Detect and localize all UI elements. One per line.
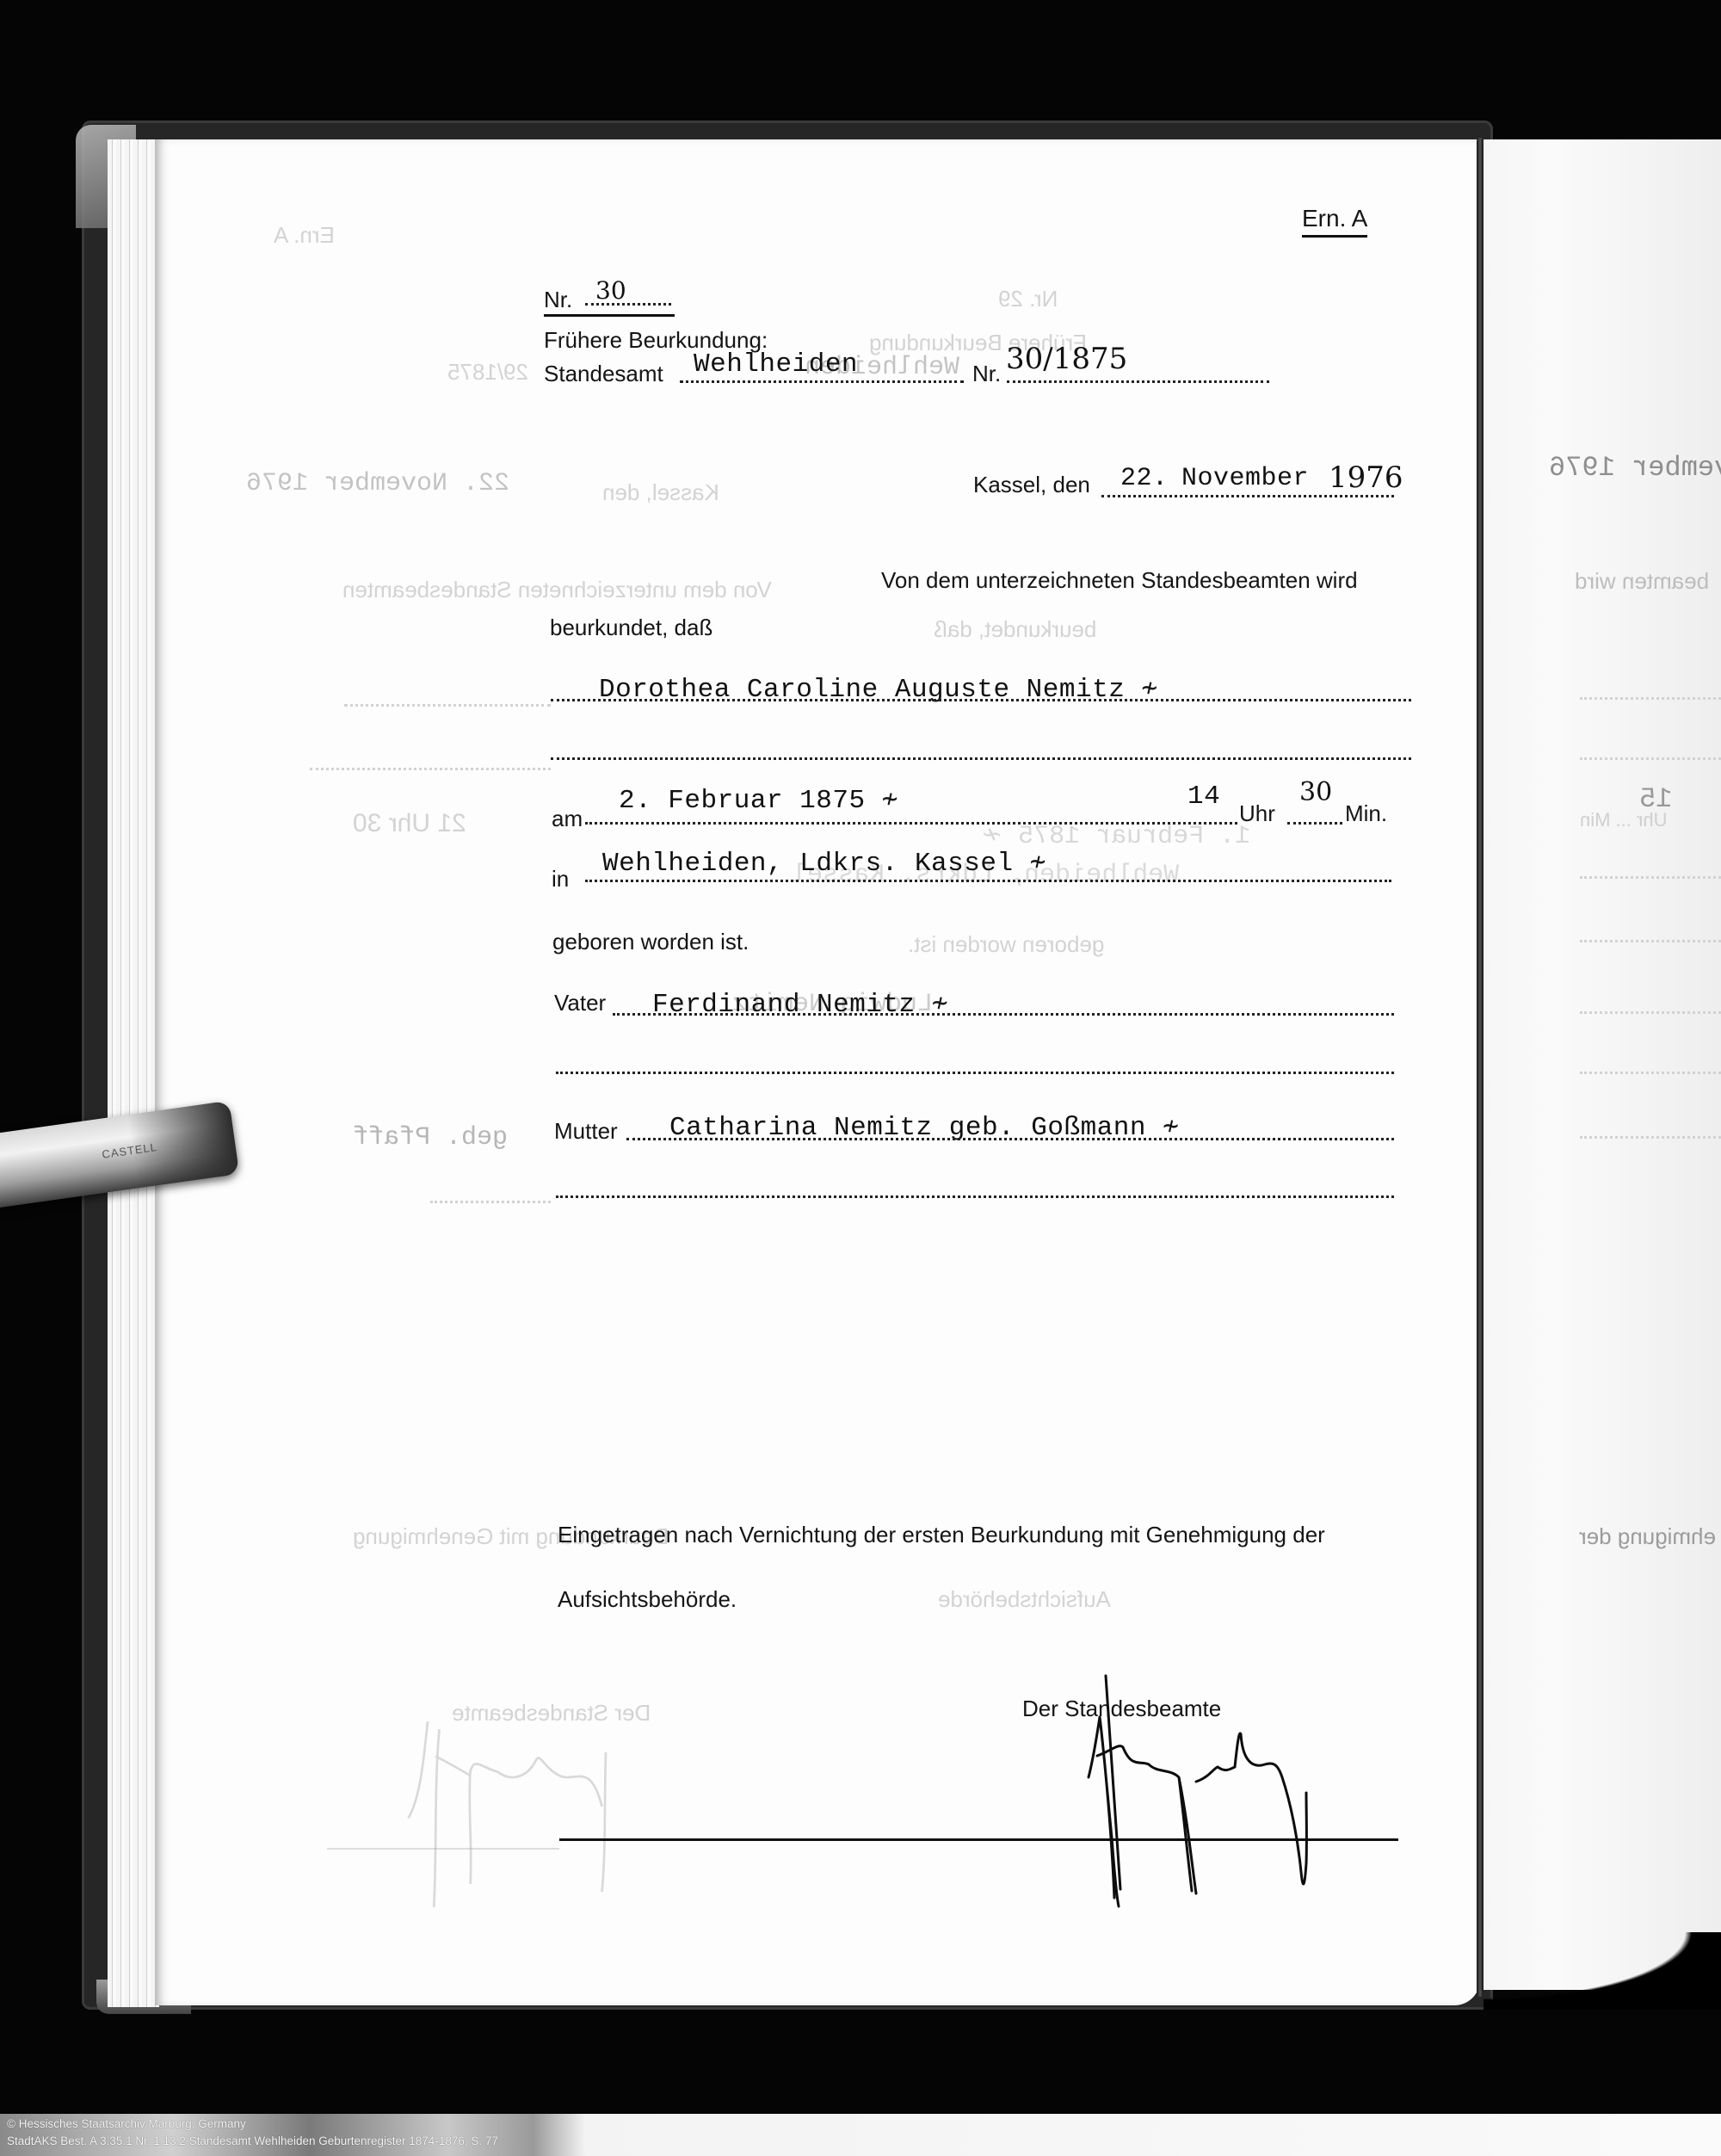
statement-line-1: Von dem unterzeichneten Standesbeamten w… (881, 569, 1358, 591)
ghost-aufsicht: Aufsichtsbehörde (938, 1586, 1111, 1613)
note-line-2: Aufsichtsbehörde. (558, 1588, 737, 1610)
birth-date-dots (585, 822, 1237, 825)
record-date-day: 22. (1120, 466, 1169, 491)
registry-office-dots (680, 380, 964, 383)
ghost-dots (344, 704, 551, 707)
registry-office-value: Wehlheiden (694, 351, 858, 378)
father-name-dots (613, 1013, 1394, 1016)
facing-ghost-dots (1580, 940, 1721, 942)
book-gutter (1477, 138, 1484, 1997)
facing-ghost-min: Uhr ... Min (1580, 809, 1667, 831)
born-statement: geboren worden ist. (552, 930, 749, 953)
page-edges (108, 139, 159, 2007)
ghost-date: 22. November 1976 (246, 469, 509, 498)
birth-minute-dots (1287, 822, 1342, 825)
birth-date-value: 2. Februar 1875 ≁ (619, 788, 898, 814)
facing-ghost-dots (1580, 697, 1721, 700)
birth-hour-value: 14 (1187, 783, 1220, 810)
ghost-ern: Ern. A (274, 222, 335, 249)
mother-name-dots (626, 1138, 1394, 1140)
facing-ghost-dots (1580, 1136, 1721, 1139)
record-date-month: November (1181, 466, 1309, 491)
ghost-geboren: geboren worden ist. (908, 931, 1104, 958)
facing-page-shadow (1484, 1932, 1721, 2010)
birth-date-label: am (552, 807, 583, 830)
registry-office-label: Standesamt (544, 362, 663, 385)
facing-ghost-date: vember 1976 (1549, 452, 1721, 484)
registrar-signature (1058, 1665, 1317, 1924)
previous-record-label: Frühere Beurkundung: (544, 329, 768, 351)
ghost-nr: Nr. 29 (998, 286, 1058, 312)
previous-number-value: 30/1875 (1006, 344, 1127, 374)
ghost-dots (430, 1201, 551, 1203)
pencil-brand: CASTELL (101, 1140, 157, 1161)
form-code: Ern. A (1302, 207, 1367, 238)
copyright-line: © Hessisches Staatsarchiv Marburg, Germa… (7, 2117, 246, 2130)
mother-dots-2 (556, 1195, 1394, 1198)
minute-label: Min. (1345, 802, 1387, 825)
child-name-dots-2 (551, 757, 1411, 760)
source-reference-line: StadtAKS Best. A 3.35.1 Nr. 1.13.2 Stand… (7, 2134, 498, 2147)
birth-place-label: in (552, 868, 569, 890)
birth-place-dots (585, 880, 1391, 882)
facing-ghost-note: ehmigung der (1579, 1523, 1716, 1550)
facing-ghost-dots (1580, 757, 1721, 760)
entry-number-value: 30 (595, 279, 626, 303)
previous-number-dots (1007, 380, 1269, 383)
ghost-dots (310, 768, 551, 770)
facing-ghost-dots (1580, 876, 1721, 879)
father-label: Vater (554, 992, 606, 1014)
previous-number-label: Nr. (972, 362, 1001, 385)
ghost-von: Von dem unterzeichneten Standesbeamten (342, 577, 772, 603)
record-date-year: 1976 (1329, 463, 1403, 492)
entry-number-label: Nr. (544, 288, 572, 311)
place-date-label: Kassel, den (973, 473, 1090, 496)
statement-line-2: beurkundet, daß (550, 616, 712, 639)
ghost-beurkundet: beurkundet, daß (934, 616, 1096, 643)
ghost-time: 21 Uhr 30 (353, 809, 466, 838)
hour-label: Uhr (1239, 802, 1275, 825)
facing-ghost-dots (1580, 1072, 1721, 1074)
facing-page (1484, 139, 1721, 1990)
entry-number-dots (585, 303, 671, 306)
entry-number-underline (544, 314, 675, 317)
ghost-signature (404, 1674, 637, 1924)
father-dots-2 (556, 1072, 1394, 1074)
birth-minute-value: 30 (1299, 780, 1332, 806)
record-date-dots (1101, 495, 1394, 497)
birth-place-value: Wehlheiden, Ldkrs. Kassel ≁ (602, 850, 1046, 877)
note-line-1: Eingetragen nach Vernichtung der ersten … (558, 1523, 1325, 1546)
facing-ghost-dots (1580, 1011, 1721, 1014)
archive-caption: © Hessisches Staatsarchiv Marburg, Germa… (0, 2114, 1721, 2156)
ghost-year: 29/1875 (447, 359, 528, 386)
ghost-kassel: Kassel, den (602, 479, 719, 506)
child-name-dots (551, 699, 1411, 701)
facing-ghost-wird: beamten wird (1575, 568, 1709, 595)
ghost-mutter: geb. Pfaff (353, 1123, 508, 1152)
mother-label: Mutter (554, 1120, 618, 1142)
